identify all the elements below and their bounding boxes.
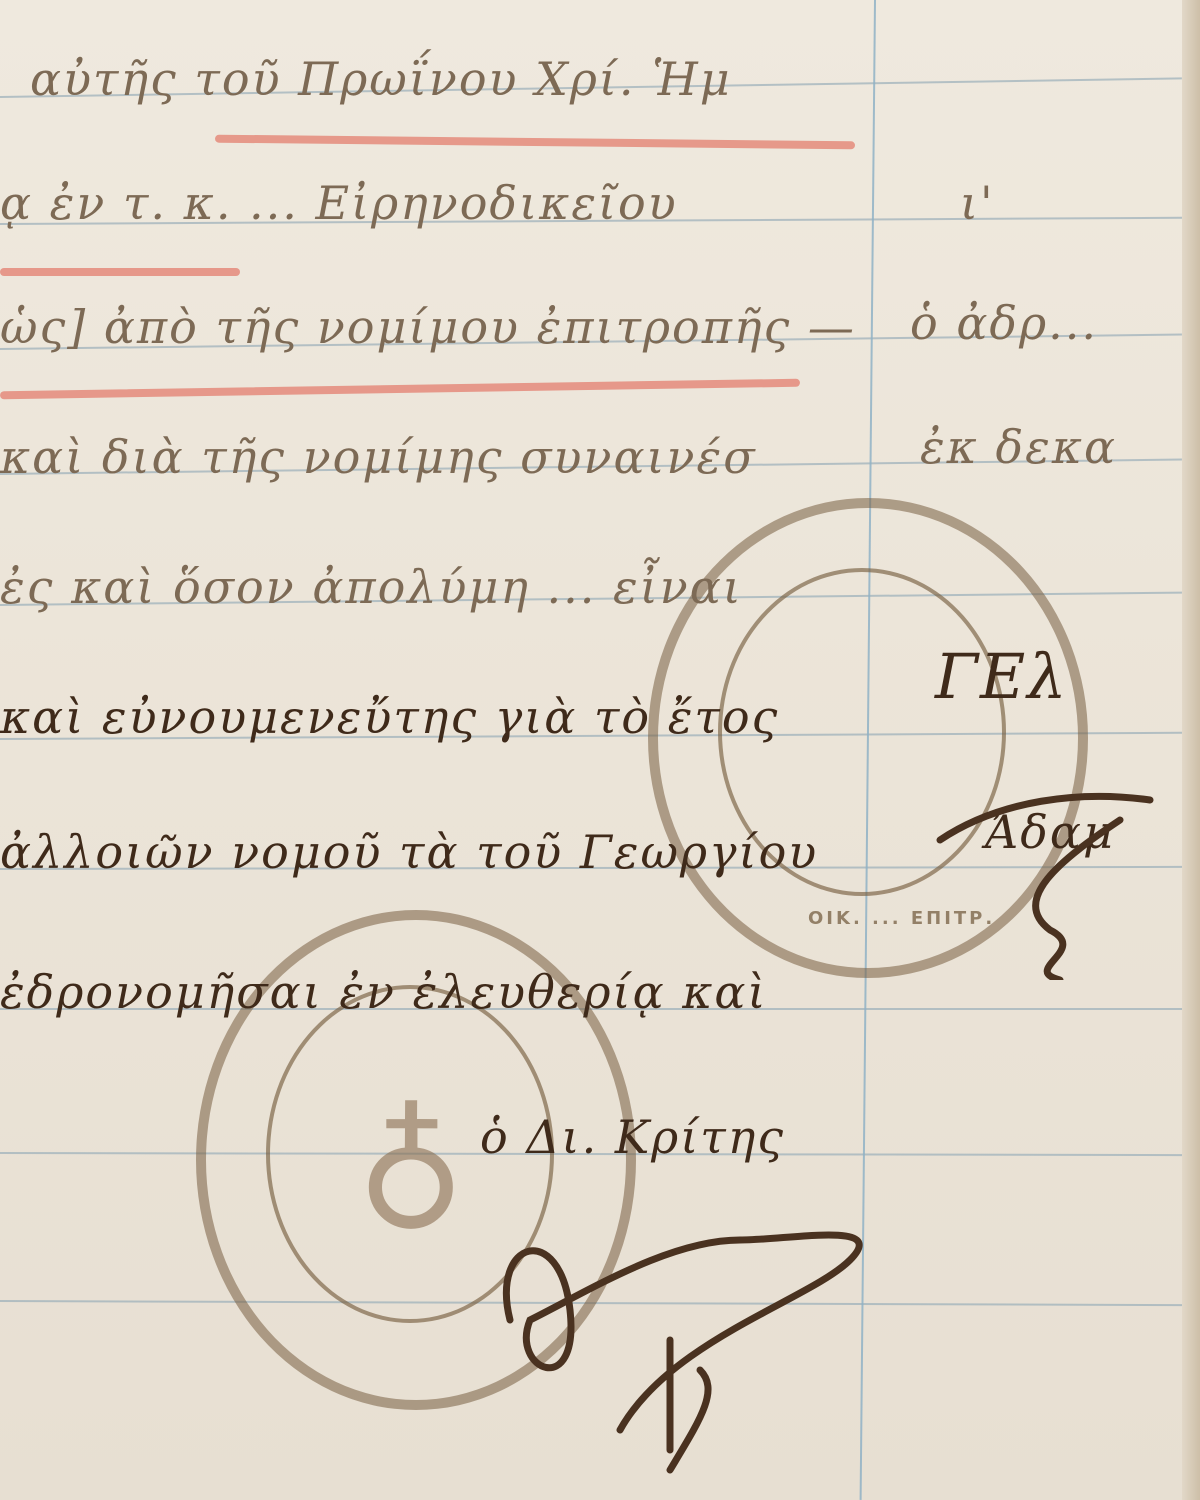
text-line-4-margin: ἐκ δεκα (920, 420, 1117, 474)
text-line-6-margin: ΓΕλ (935, 640, 1069, 713)
text-line-8: ἐδρονομῆσαι ἐν ἐλευθερίᾳ καὶ (0, 965, 768, 1019)
text-line-9-judge: ὁ Δι. Κρίτης (480, 1110, 785, 1164)
text-line-2-trailing: ι' (960, 176, 995, 230)
text-line-1: αὐτῆς τοῦ Πρωΐνου Χρί. Ἡμ (30, 52, 732, 106)
text-line-7: ἀλλοιῶν νομοῦ τὰ τοῦ Γεωργίου (0, 825, 818, 879)
text-line-3-margin: ὁ ἀδρ... (910, 296, 1098, 350)
text-line-6: καὶ εὐνουμενεὔτης γιὰ τὸ ἔτος (0, 690, 779, 744)
text-line-2: ᾳ ἐν τ. κ. ... Εἰρηνοδικεῖου (0, 176, 678, 230)
document-page: ΟΙΚ. ... ΕΠΙΤΡ. ♁ αὐτῆς τοῦ Πρωΐνου Χρί.… (0, 0, 1200, 1500)
red-underline (215, 135, 855, 150)
text-line-7-margin: Ἀδαμ (985, 805, 1115, 859)
paper-edge (1182, 0, 1200, 1500)
red-underline (0, 379, 800, 400)
text-line-3: ὡς] ἀπὸ τῆς νομίμου ἐπιτροπῆς — (0, 300, 856, 354)
text-line-5: ἐς καὶ ὅσον ἀπολύμη ... εἶναι (0, 560, 743, 614)
red-underline (0, 268, 240, 276)
stamp-emblem-icon: ♁ (356, 1070, 466, 1246)
text-line-4: καὶ διὰ τῆς νομίμης συναινέσ (0, 430, 757, 484)
